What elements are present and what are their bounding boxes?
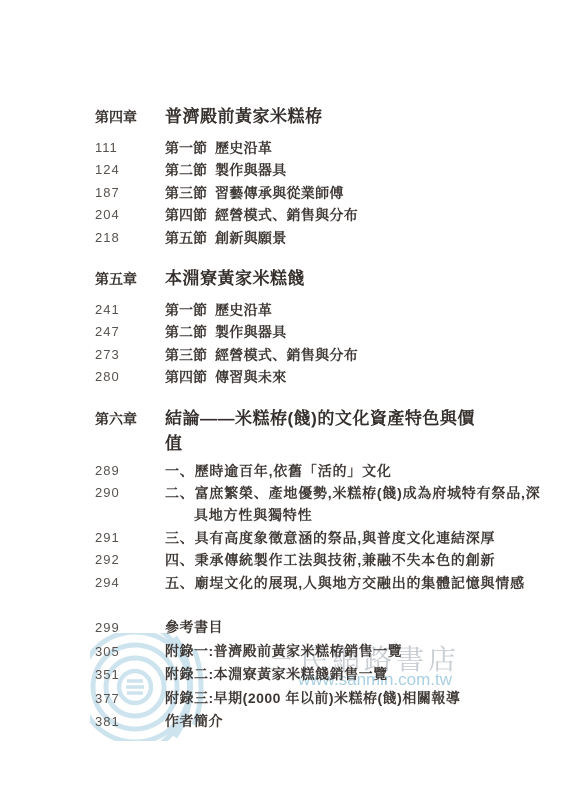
toc-entry: 351 附錄二:本淵寮黃家米糕餞銷售一覽	[95, 663, 564, 687]
toc-entry: 377 附錄三:早期(2000 年以前)米糕栫(餞)相關報導	[95, 687, 564, 711]
page-number: 289	[95, 460, 165, 482]
backmatter-title: 附錄二:本淵寮黃家米糕餞銷售一覽	[165, 663, 525, 687]
toc-entry: 290 二、富庶繁榮、產地優勢,米糕栫(餞)成為府城特有祭品,深具地方性與獨特性	[95, 482, 564, 527]
conclusion-item: 三、具有高度象徵意涵的祭品,與普度文化連結深厚	[165, 527, 544, 549]
toc-entry: 124 第二節 製作與器具	[95, 159, 564, 181]
section-label: 第二節	[165, 159, 215, 181]
section-label: 第一節	[165, 137, 215, 159]
toc-entry: 218 第五節 創新與願景	[95, 227, 564, 249]
page-number: 241	[95, 299, 165, 321]
page-number: 204	[95, 204, 165, 226]
page-number: 280	[95, 366, 165, 388]
section-label: 第二節	[165, 321, 215, 343]
page-number: 377	[95, 687, 165, 711]
backmatter-title: 附錄三:早期(2000 年以前)米糕栫(餞)相關報導	[165, 687, 525, 711]
chapter-5-block: 第五章 本淵寮黃家米糕餞 241 第一節 歷史沿革 247 第二節 製作與器具 …	[95, 266, 564, 389]
toc-entry: 204 第四節 經營模式、銷售與分布	[95, 204, 564, 226]
page-number: 247	[95, 321, 165, 343]
chapter-4-heading: 第四章 普濟殿前黃家米糕栫	[95, 104, 564, 129]
page-number: 124	[95, 159, 165, 181]
toc-entry: 292 四、秉承傳統製作工法與技術,兼融不失本色的創新	[95, 549, 564, 571]
page-number: 187	[95, 182, 165, 204]
backmatter-title: 參考書目	[165, 616, 525, 640]
page-number: 294	[95, 572, 165, 594]
backmatter-block: 299 參考書目 305 附錄一:普濟殿前黃家米糕栫銷售一覽 351 附錄二:本…	[95, 616, 564, 734]
section-label: 第四節	[165, 204, 215, 226]
section-label: 第一節	[165, 299, 215, 321]
section-title: 製作與器具	[215, 159, 287, 181]
chapter-5-heading: 第五章 本淵寮黃家米糕餞	[95, 266, 564, 291]
section-title: 經營模式、銷售與分布	[215, 204, 358, 226]
section-title: 歷史沿革	[215, 299, 272, 321]
section-title: 經營模式、銷售與分布	[215, 344, 358, 366]
toc-entry: 381 作者簡介	[95, 710, 564, 734]
page-number: 305	[95, 640, 165, 664]
page-number: 290	[95, 482, 165, 527]
toc-entry: 241 第一節 歷史沿革	[95, 299, 564, 321]
toc-entry: 111 第一節 歷史沿革	[95, 137, 564, 159]
chapter-4-title: 普濟殿前黃家米糕栫	[165, 104, 323, 129]
page-number: 111	[95, 137, 165, 159]
chapter-4-label: 第四章	[95, 107, 165, 127]
toc-entry: 289 一、歷時逾百年,依舊「活的」文化	[95, 460, 564, 482]
page-number: 218	[95, 227, 165, 249]
chapter-5-title: 本淵寮黃家米糕餞	[165, 266, 305, 291]
chapter-5-label: 第五章	[95, 269, 165, 289]
page-number: 292	[95, 549, 165, 571]
section-title: 傳習與未來	[215, 366, 287, 388]
conclusion-item: 一、歷時逾百年,依舊「活的」文化	[165, 460, 544, 482]
conclusion-item: 四、秉承傳統製作工法與技術,兼融不失本色的創新	[165, 549, 544, 571]
toc-entry: 294 五、廟埕文化的展現,人與地方交融出的集體記憶與情感	[95, 572, 564, 594]
table-of-contents: 第四章 普濟殿前黃家米糕栫 111 第一節 歷史沿革 124 第二節 製作與器具…	[0, 0, 564, 734]
toc-entry: 273 第三節 經營模式、銷售與分布	[95, 344, 564, 366]
conclusion-item: 五、廟埕文化的展現,人與地方交融出的集體記憶與情感	[165, 572, 544, 594]
backmatter-title: 作者簡介	[165, 710, 525, 734]
section-title: 創新與願景	[215, 227, 287, 249]
section-label: 第三節	[165, 182, 215, 204]
toc-entry: 299 參考書目	[95, 616, 564, 640]
toc-entry: 280 第四節 傳習與未來	[95, 366, 564, 388]
section-label: 第三節	[165, 344, 215, 366]
page-number: 381	[95, 710, 165, 734]
page-number: 351	[95, 663, 165, 687]
chapter-6-block: 第六章 結論——米糕栫(餞)的文化資產特色與價值 289 一、歷時逾百年,依舊「…	[95, 406, 564, 594]
page-number: 291	[95, 527, 165, 549]
page-number: 299	[95, 616, 165, 640]
section-label: 第五節	[165, 227, 215, 249]
section-title: 製作與器具	[215, 321, 287, 343]
chapter-4-block: 第四章 普濟殿前黃家米糕栫 111 第一節 歷史沿革 124 第二節 製作與器具…	[95, 104, 564, 249]
toc-entry: 187 第三節 習藝傳承與從業師傅	[95, 182, 564, 204]
section-title: 歷史沿革	[215, 137, 272, 159]
conclusion-item: 二、富庶繁榮、產地優勢,米糕栫(餞)成為府城特有祭品,深具地方性與獨特性	[165, 482, 544, 527]
book-toc-page: 三民網路書店 www.sanmin.com.tw 第四章 普濟殿前黃家米糕栫 1…	[0, 0, 564, 800]
toc-entry: 291 三、具有高度象徵意涵的祭品,與普度文化連結深厚	[95, 527, 564, 549]
chapter-6-title: 結論——米糕栫(餞)的文化資產特色與價值	[165, 406, 490, 456]
section-label: 第四節	[165, 366, 215, 388]
chapter-6-label: 第六章	[95, 409, 165, 429]
toc-entry: 305 附錄一:普濟殿前黃家米糕栫銷售一覽	[95, 640, 564, 664]
backmatter-title: 附錄一:普濟殿前黃家米糕栫銷售一覽	[165, 640, 525, 664]
chapter-6-heading: 第六章 結論——米糕栫(餞)的文化資產特色與價值	[95, 406, 564, 456]
toc-entry: 247 第二節 製作與器具	[95, 321, 564, 343]
page-number: 273	[95, 344, 165, 366]
section-title: 習藝傳承與從業師傅	[215, 182, 344, 204]
